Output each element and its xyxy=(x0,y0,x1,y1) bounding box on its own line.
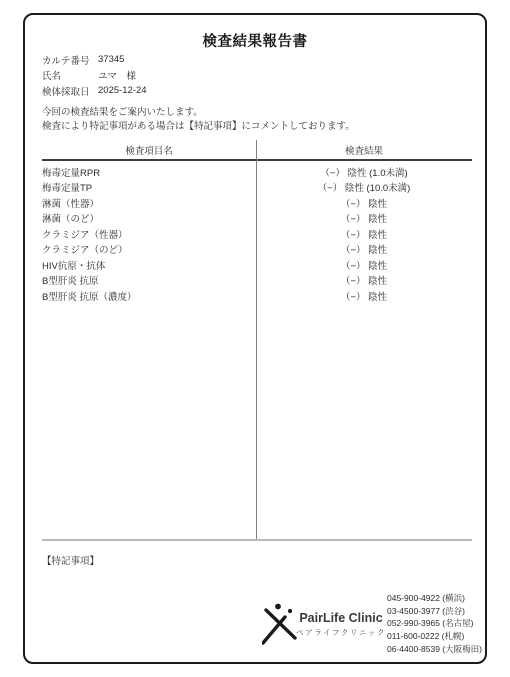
test-item-name: 淋菌（性器） xyxy=(42,196,256,210)
test-item-name: クラミジア（性器） xyxy=(42,227,256,241)
test-item-name: B型肝炎 抗原 xyxy=(42,273,256,287)
table-row: クラミジア（性器） （−） 陰性 xyxy=(42,226,472,242)
clinic-phone-list: 045-900-4922 (横浜) 03-4500-3977 (渋谷) 052-… xyxy=(387,592,482,656)
phone-line: 06-4400-8539 (大阪梅田) xyxy=(387,643,482,656)
test-result: （−） 陰性 xyxy=(256,273,472,287)
sample-date-label: 検体採取日 xyxy=(42,84,98,98)
test-result: （−） 陰性 xyxy=(256,289,472,303)
report-title: 検査結果報告書 xyxy=(25,30,485,51)
table-row: クラミジア（のど） （−） 陰性 xyxy=(42,242,472,258)
test-item-name: 梅毒定量TP xyxy=(42,180,256,194)
table-row: B型肝炎 抗原（濃度） （−） 陰性 xyxy=(42,288,472,304)
info-row-sample-date: 検体採取日 2025-12-24 xyxy=(42,83,147,99)
karte-number-label: カルテ番号 xyxy=(42,53,98,67)
clinic-name-ja: ペアライフクリニック xyxy=(291,627,391,638)
patient-name-value: ユマ 様 xyxy=(98,68,136,82)
table-row: HIV抗原・抗体 （−） 陰性 xyxy=(42,257,472,273)
clinic-name-en: PairLife Clinic xyxy=(291,611,391,625)
intro-text: 今回の検査結果をご案内いたします。 検査により特記事項がある場合は【特記事項】に… xyxy=(42,106,355,133)
table-row: B型肝炎 抗原 （−） 陰性 xyxy=(42,273,472,289)
notes-section-rule xyxy=(42,539,472,541)
results-table: 梅毒定量RPR （−） 陰性 (1.0未満) 梅毒定量TP （−） 陰性 (10… xyxy=(42,164,472,304)
phone-line: 03-4500-3977 (渋谷) xyxy=(387,605,482,618)
report-page: 検査結果報告書 カルテ番号 37345 氏名 ユマ 様 検体採取日 2025-1… xyxy=(23,13,487,664)
patient-name-label: 氏名 xyxy=(42,68,98,82)
table-row: 淋菌（性器） （−） 陰性 xyxy=(42,195,472,211)
column-header-item: 検査項目名 xyxy=(42,143,256,157)
intro-line-1: 今回の検査結果をご案内いたします。 xyxy=(42,106,355,120)
clinic-name-block: PairLife Clinic ペアライフクリニック xyxy=(291,611,391,638)
table-row: 淋菌（のど） （−） 陰性 xyxy=(42,211,472,227)
info-row-karte-number: カルテ番号 37345 xyxy=(42,52,147,68)
sample-date-value: 2025-12-24 xyxy=(98,85,147,96)
phone-line: 052-990-3965 (名古屋) xyxy=(387,617,482,630)
table-row: 梅毒定量RPR （−） 陰性 (1.0未満) xyxy=(42,164,472,180)
test-result: （−） 陰性 xyxy=(256,196,472,210)
notes-heading: 【特記事項】 xyxy=(42,553,99,567)
intro-line-2: 検査により特記事項がある場合は【特記事項】にコメントしております。 xyxy=(42,120,355,134)
test-item-name: 淋菌（のど） xyxy=(42,211,256,225)
test-item-name: クラミジア（のど） xyxy=(42,242,256,256)
test-result: （−） 陰性 (10.0未満) xyxy=(256,180,472,194)
test-item-name: HIV抗原・抗体 xyxy=(42,258,256,272)
test-result: （−） 陰性 xyxy=(256,242,472,256)
test-item-name: B型肝炎 抗原（濃度） xyxy=(42,289,256,303)
test-result: （−） 陰性 xyxy=(256,227,472,241)
test-result: （−） 陰性 xyxy=(256,258,472,272)
phone-line: 011-600-0222 (札幌) xyxy=(387,630,482,643)
test-result: （−） 陰性 xyxy=(256,211,472,225)
phone-line: 045-900-4922 (横浜) xyxy=(387,592,482,605)
test-item-name: 梅毒定量RPR xyxy=(42,165,256,179)
test-result: （−） 陰性 (1.0未満) xyxy=(256,165,472,179)
column-header-result: 検査結果 xyxy=(256,143,472,157)
karte-number-value: 37345 xyxy=(98,54,124,65)
table-header-rule xyxy=(42,159,472,161)
info-row-patient-name: 氏名 ユマ 様 xyxy=(42,68,147,84)
table-row: 梅毒定量TP （−） 陰性 (10.0未満) xyxy=(42,180,472,196)
patient-info: カルテ番号 37345 氏名 ユマ 様 検体採取日 2025-12-24 xyxy=(42,52,147,99)
